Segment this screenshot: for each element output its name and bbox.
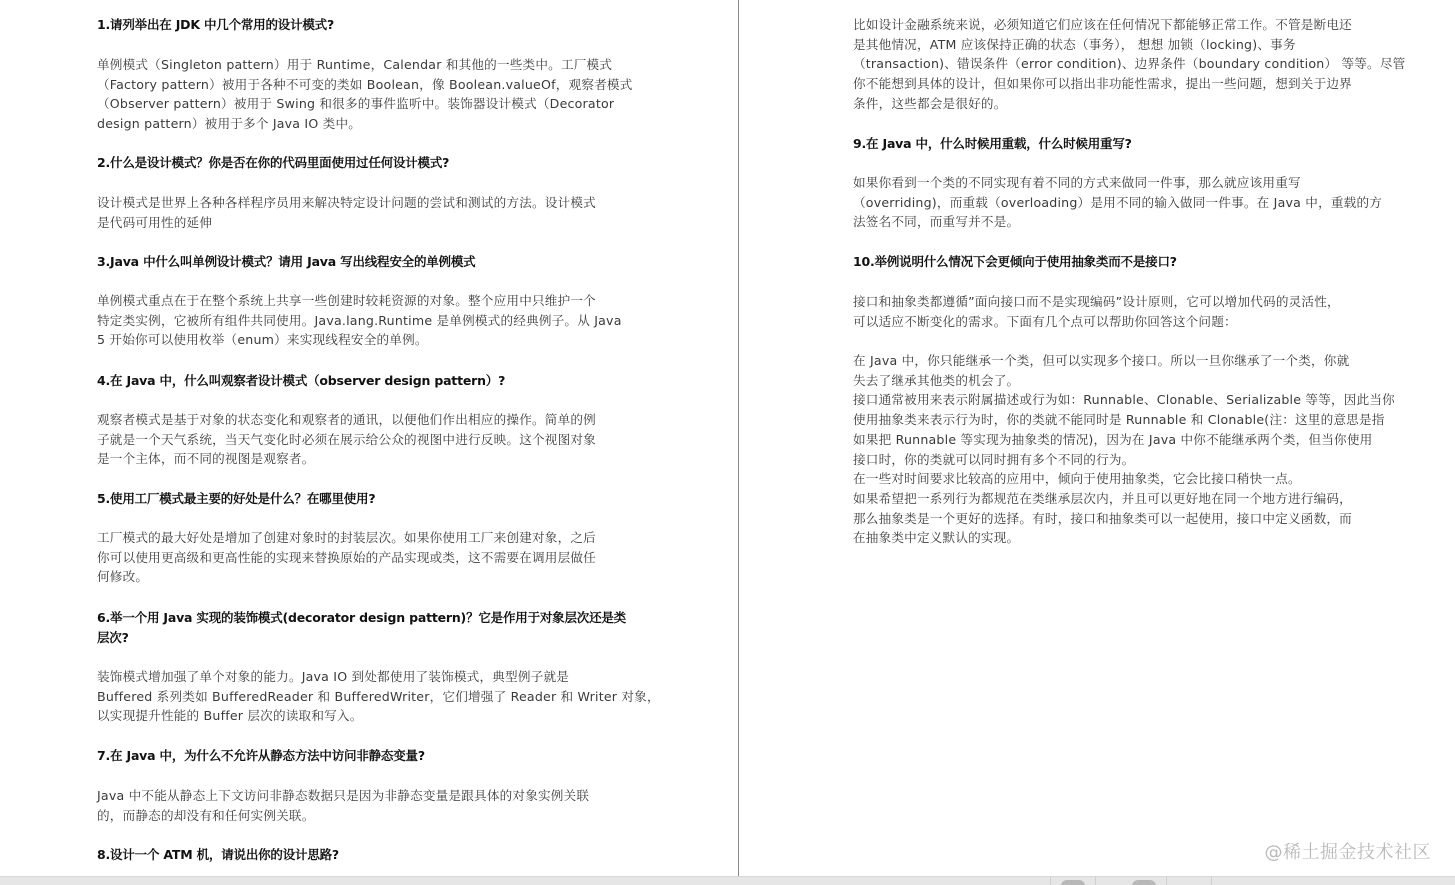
question-7-heading: 7.在 Java 中，为什么不允许从静态方法中访问非静态变量?	[97, 746, 625, 766]
question-9-answer: 如果你看到一个类的不同实现有着不同的方式来做同一件事，那么就应该用重写 （ove…	[853, 173, 1381, 232]
question-1-heading: 1.请列举出在 JDK 中几个常用的设计模式?	[97, 15, 625, 35]
question-8-heading: 8.设计一个 ATM 机，请说出你的设计思路?	[97, 845, 625, 865]
question-10-heading: 10.举例说明什么情况下会更倾向于使用抽象类而不是接口?	[853, 252, 1381, 272]
question-8-answer: 比如设计金融系统来说，必须知道它们应该在任何情况下都能够正常工作。不管是断电还 …	[853, 15, 1381, 114]
bar-separator	[1166, 877, 1167, 885]
question-2-heading: 2.什么是设计模式？你是否在你的代码里面使用过任何设计模式?	[97, 153, 625, 173]
question-6-heading: 6.举一个用 Java 实现的装饰模式(decorator design pat…	[97, 608, 625, 647]
question-2-answer: 设计模式是世界上各种各样程序员用来解决特定设计问题的尝试和测试的方法。设计模式 …	[97, 193, 625, 232]
question-10-points: 在 Java 中，你只能继承一个类，但可以实现多个接口。所以一旦你继承了一个类，…	[853, 351, 1381, 548]
bar-separator	[1211, 877, 1212, 885]
document-viewer: 1.请列举出在 JDK 中几个常用的设计模式? 单例模式（Singleton p…	[0, 0, 1455, 885]
bar-tab-handle[interactable]	[1132, 880, 1156, 885]
question-4-heading: 4.在 Java 中，什么叫观察者设计模式（observer design pa…	[97, 371, 625, 391]
question-5-heading: 5.使用工厂模式最主要的好处是什么？在哪里使用?	[97, 489, 625, 509]
question-10-intro: 接口和抽象类都遵循”面向接口而不是实现编码”设计原则，它可以增加代码的灵活性， …	[853, 292, 1381, 331]
question-7-answer: Java 中不能从静态上下文访问非静态数据只是因为非静态变量是跟具体的对象实例关…	[97, 786, 625, 825]
bottom-scroll-bar[interactable]	[0, 876, 1455, 885]
question-4-answer: 观察者模式是基于对象的状态变化和观察者的通讯，以便他们作出相应的操作。简单的例 …	[97, 410, 625, 469]
bar-tab-handle[interactable]	[1061, 880, 1085, 885]
question-9-heading: 9.在 Java 中，什么时候用重载，什么时候用重写?	[853, 134, 1381, 154]
question-3-heading: 3.Java 中什么叫单例设计模式？请用 Java 写出线程安全的单例模式	[97, 252, 625, 272]
left-page: 1.请列举出在 JDK 中几个常用的设计模式? 单例模式（Singleton p…	[0, 0, 738, 876]
question-5-answer: 工厂模式的最大好处是增加了创建对象时的封装层次。如果你使用工厂来创建对象，之后 …	[97, 528, 625, 587]
question-6-answer: 装饰模式增加强了单个对象的能力。Java IO 到处都使用了装饰模式，典型例子就…	[97, 667, 625, 726]
bar-separator	[1095, 877, 1096, 885]
bar-separator	[1050, 877, 1051, 885]
question-1-answer: 单例模式（Singleton pattern）用于 Runtime，Calend…	[97, 55, 625, 134]
watermark: @稀土掘金技术社区	[1265, 838, 1432, 864]
question-3-answer: 单例模式重点在于在整个系统上共享一些创建时较耗资源的对象。整个应用中只维护一个 …	[97, 291, 625, 350]
right-page: 比如设计金融系统来说，必须知道它们应该在任何情况下都能够正常工作。不管是断电还 …	[739, 0, 1455, 876]
